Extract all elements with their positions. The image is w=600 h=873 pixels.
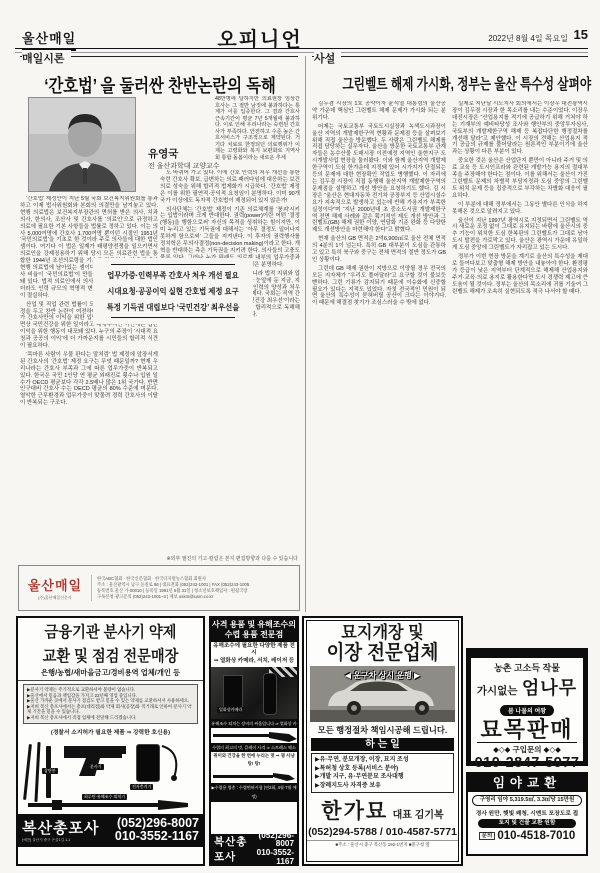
body-paragraph: 현재 울산의 GB 면적은 2억6,900㎡로 울산 전체 면적의 4분의 1이… <box>312 236 446 264</box>
ad-hunting-strip-2: 수렵의 최고의 멋, 클레이 사격 ⇒ 스트레스 해소 최고 <box>211 743 297 752</box>
quote-line: 업무가중·인력부족 간호사 처우 개선 필요 <box>105 270 241 281</box>
license-line-1: ▶수렵용 엽총 : 수렵면허시험 (연2회, 4월·7월 예정) <box>211 784 297 801</box>
product-tag: 분사기 <box>88 764 104 770</box>
quote-rule-bottom <box>111 317 236 318</box>
photo-tag: 열화상카메라 <box>217 707 244 713</box>
ad-sprayer-title-1: 금융기관 분사기 약제 <box>25 620 195 642</box>
shop-phone: 010-3552-1167 <box>115 830 199 843</box>
ad-hunting-shop-bar: 복산총포사 (052)296-8007 010-3552-1167 <box>211 834 297 864</box>
ad-seedling-line-2b: 엄나무 <box>522 678 577 698</box>
ad-sprayer-permit-note: (경찰서 소지허가 필요한 제품 ⇒ 강력한 호신용) <box>18 727 203 736</box>
thermal-camera-image <box>223 675 243 711</box>
ad-bullet: ▶울산 가까운 곳에서 분사기 점검도 받고 믿을 수 있는 약제를 교환하셔서… <box>27 698 194 704</box>
imprint-logo-text: 울산매일 <box>19 575 91 594</box>
ad-grave-title-1: 묘지개장 및 <box>311 623 454 642</box>
body-paragraph: 이 부분에 대해 정부에서는 그동안 별다른 인식을 하지 못해온 것으로 알려… <box>452 202 588 216</box>
works-item: ▶장례지도사 자격증 보유 <box>315 782 450 791</box>
kicker-rule-right <box>312 56 588 57</box>
imprint-company: (주)울산매일신문사 <box>19 595 91 601</box>
newspaper-imprint-box: 울산매일 (주)울산매일신문사 한국ABC협회 · 한국신문협회 · 한국디지털… <box>18 565 300 611</box>
body-paragraph: 울산이 지난 1997년 광역시로 지정되면서 그린벨트 역시 새로운 조정 없… <box>452 218 588 253</box>
ad-sprayer-shop: 금융기관 분사기 약제 교환 및 점검 전문매장 은행/농협/새마을금고/경비용… <box>16 616 205 866</box>
imprint-logo: 울산매일 (주)울산매일신문사 <box>19 575 92 601</box>
ad-forest-title: 임야교환 <box>468 774 586 792</box>
hearse-banner: ◀ 운구차 상시 운행 ▶ <box>310 670 455 681</box>
ad-seedling: 농촌 고소득 작물 가시없는 엄나무 봄 나물의 여왕 묘목판매 ◆◇◆ 구입문… <box>466 648 588 766</box>
left-article-title: ‘간호법’ 을 둘러싼 찬반논란의 독해 <box>41 72 279 98</box>
editorial-title: 그린벨트 해제 가시화, 정부는 울산 특수성 살펴야 <box>342 73 557 94</box>
scope-image <box>263 673 277 715</box>
ad-seedling-buy-label: ◆◇◆ 구입문의 ◆◇◆ <box>477 742 577 755</box>
header-rule-thin <box>15 52 588 53</box>
brand-representative: 대표 김기복 <box>393 810 444 821</box>
thermal-camera-photo: 열화상카메라 <box>211 667 297 719</box>
brand-name: 한가묘 <box>321 800 388 823</box>
column-divider <box>305 56 306 612</box>
left-article-column-1: ‘간호법’ 제정안이 지난 5월 국회 보건복지위원회를 통과하고 이제 법사위… <box>20 196 158 552</box>
strap-image <box>158 742 198 782</box>
imprint-line: 구독신청·광고문의 (052)243-1001~3 | 제보 uskm@iusm… <box>97 594 294 600</box>
works-list: ▶유·무연, 분묘개장, 이장, 묘지 조성 ▶특허청 상호 등록(서비스 분야… <box>311 753 454 793</box>
pistol-image <box>62 740 128 782</box>
works-item: ▶개발 지구, 유·무연분묘 조사대행 <box>315 773 450 782</box>
ad-seedling-line-3: 묘목판매 <box>471 718 583 741</box>
stun-gun-image <box>136 744 160 782</box>
ad-hunting-line-3: 취미와 건강을 한 번에 누리는 멋 ⇒ 꿩 사냥 탕! 탕! <box>211 752 297 768</box>
ad-seedling-line-1: 농촌 고소득 작물 <box>471 661 583 674</box>
works-header: 하 는 일 <box>311 738 454 751</box>
shop-phone: (052)296-8007 <box>254 832 294 849</box>
body-paragraph: 김두겸 시장의 1호 공약이자 윤석열 대통령의 울산공약 가운데 핵심인 그린… <box>312 101 446 122</box>
baton-image <box>34 742 40 802</box>
ad-hunting-sub-2: ⇒ 열화상 카메라, 서치, 레이저 등 <box>211 658 297 665</box>
body-paragraph: 정부가 이번 현장 방문을 계기로 울산의 특수성을 제대로 들여다보고 맞춤형… <box>452 254 588 295</box>
ad-forest-line-2: 경사 원만, 햇빛 쾌청, 시멘트 포장도로 접 <box>468 808 586 817</box>
ad-sprayer-subtitle: 은행/농협/새마을금고/경비용역 업체/개인 등 <box>18 668 203 681</box>
ad-hunting-title: 사격 용품 및 유해조수의 수렵 용품 전문점 <box>211 618 297 642</box>
body-paragraph: 어제는 국토교통부 국토도시실장과 녹색도시과장이 울산 지역의 개발제한구역 … <box>312 124 446 235</box>
ad-hunting-strip-1: 유해조수 퇴치는 장비의 싸움입니다 ⇒ 열화상 카메라 필수 <box>211 719 297 728</box>
body-paragraph: 실제로 지난달 시도지사 회의에서는 이장우 대전광역시장이 김두겸 시장과 한… <box>452 101 588 156</box>
ad-grave-address: ■주소 : 울산시 중구 복산동 192-1번지 ■중구청 옆 <box>307 840 458 848</box>
ad-forest-pill: 토지 및 건물 교환 원함 <box>478 819 576 828</box>
hearse-photo: ◀ 운구차 상시 운행 ▶ <box>310 666 455 722</box>
product-tag: 최루탄·유해조수 퇴치기 <box>82 794 127 800</box>
ad-forest-line-1: 구영리 임야 5,319.5㎡, 3.3㎡당 15만원 <box>472 795 582 806</box>
body-paragraph: 그런데 GB 해제 권한이 지방으로 이양될 경우 전국의 모든 지자체가 “우… <box>312 266 446 307</box>
editorial-kicker: 사설 <box>314 50 341 66</box>
ad-sprayer-products-image: 분사기 삼단봉 전자충격기 최루탄·유해조수 퇴치기 <box>18 738 203 814</box>
ad-grave-title-2: 이장 전문업체 <box>313 642 452 664</box>
quote-line: 시대요청·공공이익 실현 간호법 제정 요구 <box>105 286 241 297</box>
shop-name: 복산총포사 <box>214 834 254 864</box>
pull-quote: 업무가중·인력부족 간호사 처우 개선 필요 시대요청·공공이익 실현 간호법 … <box>93 258 253 324</box>
ad-seedling-badge: 봄 나물의 여왕 <box>500 705 554 716</box>
left-article-kicker: 매일시론 <box>22 50 71 66</box>
editorial-column-1: 김두겸 시장의 1호 공약이자 윤석열 대통령의 울산공약 가운데 핵심인 그린… <box>312 101 446 609</box>
date-text: 2022년 8월 4일 목요일 <box>488 33 568 44</box>
newspaper-page: 울산매일 오피니언 2022년 8월 4일 목요일 15 매일시론 ‘간호법’ … <box>0 0 600 873</box>
license-line-2: ▶사격용 엽총은 수렵면허시험 필요치 않음 <box>211 801 297 810</box>
editorial-column-2: 실제로 지난달 시도지사 회의에서는 이장우 대전광역시장이 김두겸 시장과 한… <box>452 101 588 609</box>
ad-seedling-phone: 010-2847-5977 <box>471 755 583 771</box>
baton-image <box>23 744 32 800</box>
imprint-lines: 한국ABC협회 · 한국신문협회 · 한국디지털뉴스협회 회원사 주소 : 울산… <box>92 573 299 604</box>
quote-rule-top <box>111 264 236 265</box>
works-item: ▶유·무연, 분묘개장, 이장, 묘지 조성 <box>315 756 450 765</box>
works-item: ▶특허청 상호 등록(서비스 분야) <box>315 765 450 774</box>
shop-name: 복산총포사 <box>22 817 99 838</box>
shop-address: (예전) 울산시 중구 은골1길 1-1 <box>22 838 99 843</box>
ad-grave-service: 묘지개장 및 이장 전문업체 ◀ 운구차 상시 운행 ▶ 모든 행정절차 책임시… <box>302 616 463 866</box>
ad-hunting-license-note: ▶수렵용 엽총 : 수렵면허시험 (연2회, 4월·7월 예정) ▶사격용 엽총… <box>211 783 297 802</box>
ad-hunting-sub-1: 유해조수에 필요한 다양한 제품 전시 <box>211 643 297 657</box>
author-name: 유영국 <box>148 146 178 161</box>
long-baton-image <box>28 798 196 812</box>
ad-bullet: ▶저희 복산 총포사에서는 총포(대리점)와 약제 회사(공장)와 직거래로 인… <box>27 704 194 715</box>
shop-phone: 010-3552-1167 <box>254 849 294 866</box>
header-rule <box>15 48 588 49</box>
editorial-disclaimer: ※외부 필진의 기고·칼럼은 본지 편집방향과 다를 수 있습니다 <box>20 555 298 562</box>
shotgun-image <box>211 728 297 743</box>
left-article-column-2: 도 바뀌어 가고 있다. 이에 간호 인력의 처우 개선을 통한 숙련 간호사 … <box>160 170 300 552</box>
ad-seedling-line-2a: 가시없는 <box>477 685 518 697</box>
ad-sprayer-shop-bar: 복산총포사 (예전) 울산시 중구 은골1길 1-1 (052)296-8007… <box>18 814 203 847</box>
ad-forest-swap: 임야교환 구영리 임야 5,319.5㎡, 3.3㎡당 15만원 경사 원만, … <box>466 772 588 856</box>
ad-sprayer-title-2: 교환 및 점검 전문매장 <box>25 644 195 666</box>
contact-label: 문의 <box>479 832 496 840</box>
shotgun-image-2 <box>211 768 297 783</box>
ad-grave-promise: 모든 행정절차 책임시공해 드립니다. <box>307 724 458 736</box>
body-paragraph: ‘목마른 사람이 우물 판다는 말처럼’ 법 제정에 앞장서게 된 간호사의 ‘… <box>20 352 158 407</box>
product-tag: 삼단봉 <box>42 768 58 774</box>
product-tag: 전자충격기 <box>130 784 153 790</box>
ad-hunting-title-1: 사격 용품 및 유해조수의 <box>211 620 297 630</box>
body-paragraph: 도 바뀌어 가고 있다. 이에 간호 인력의 처우 개선을 통한 숙련 간호사 … <box>160 170 300 205</box>
page-number: 15 <box>574 27 588 42</box>
ad-forest-phone: 010-4518-7010 <box>497 830 575 842</box>
author-photo <box>28 97 136 192</box>
ad-bullet: ▶저희 복산 총포사에서 직접 업체에 전달해 드리겠습니다. <box>27 715 194 721</box>
ad-sprayer-bullets: ▶분사기 약제는 주기적으로 교환하셔야 불량이 없습니다. ▶울산에서 믿음과… <box>23 684 198 724</box>
ad-hunting-shop: 사격 용품 및 유해조수의 수렵 용품 전문점 유해조수에 필요한 다양한 제품… <box>209 616 299 866</box>
ad-forest-contact: 문의010-4518-7010 <box>468 830 586 842</box>
body-paragraph: 중요한 것은 울산은 산업단지 뿐만이 아니라 주거 및 의료 교육 등 도시인… <box>452 158 588 199</box>
ad-grave-phones: (052)294-5788 / 010-4587-5771 <box>307 826 458 838</box>
quote-line: 특정 기득권 대립보다 ‘국민건강’ 최우선을 <box>105 302 241 313</box>
ad-hunting-title-2: 수렵 용품 전문점 <box>211 630 297 640</box>
